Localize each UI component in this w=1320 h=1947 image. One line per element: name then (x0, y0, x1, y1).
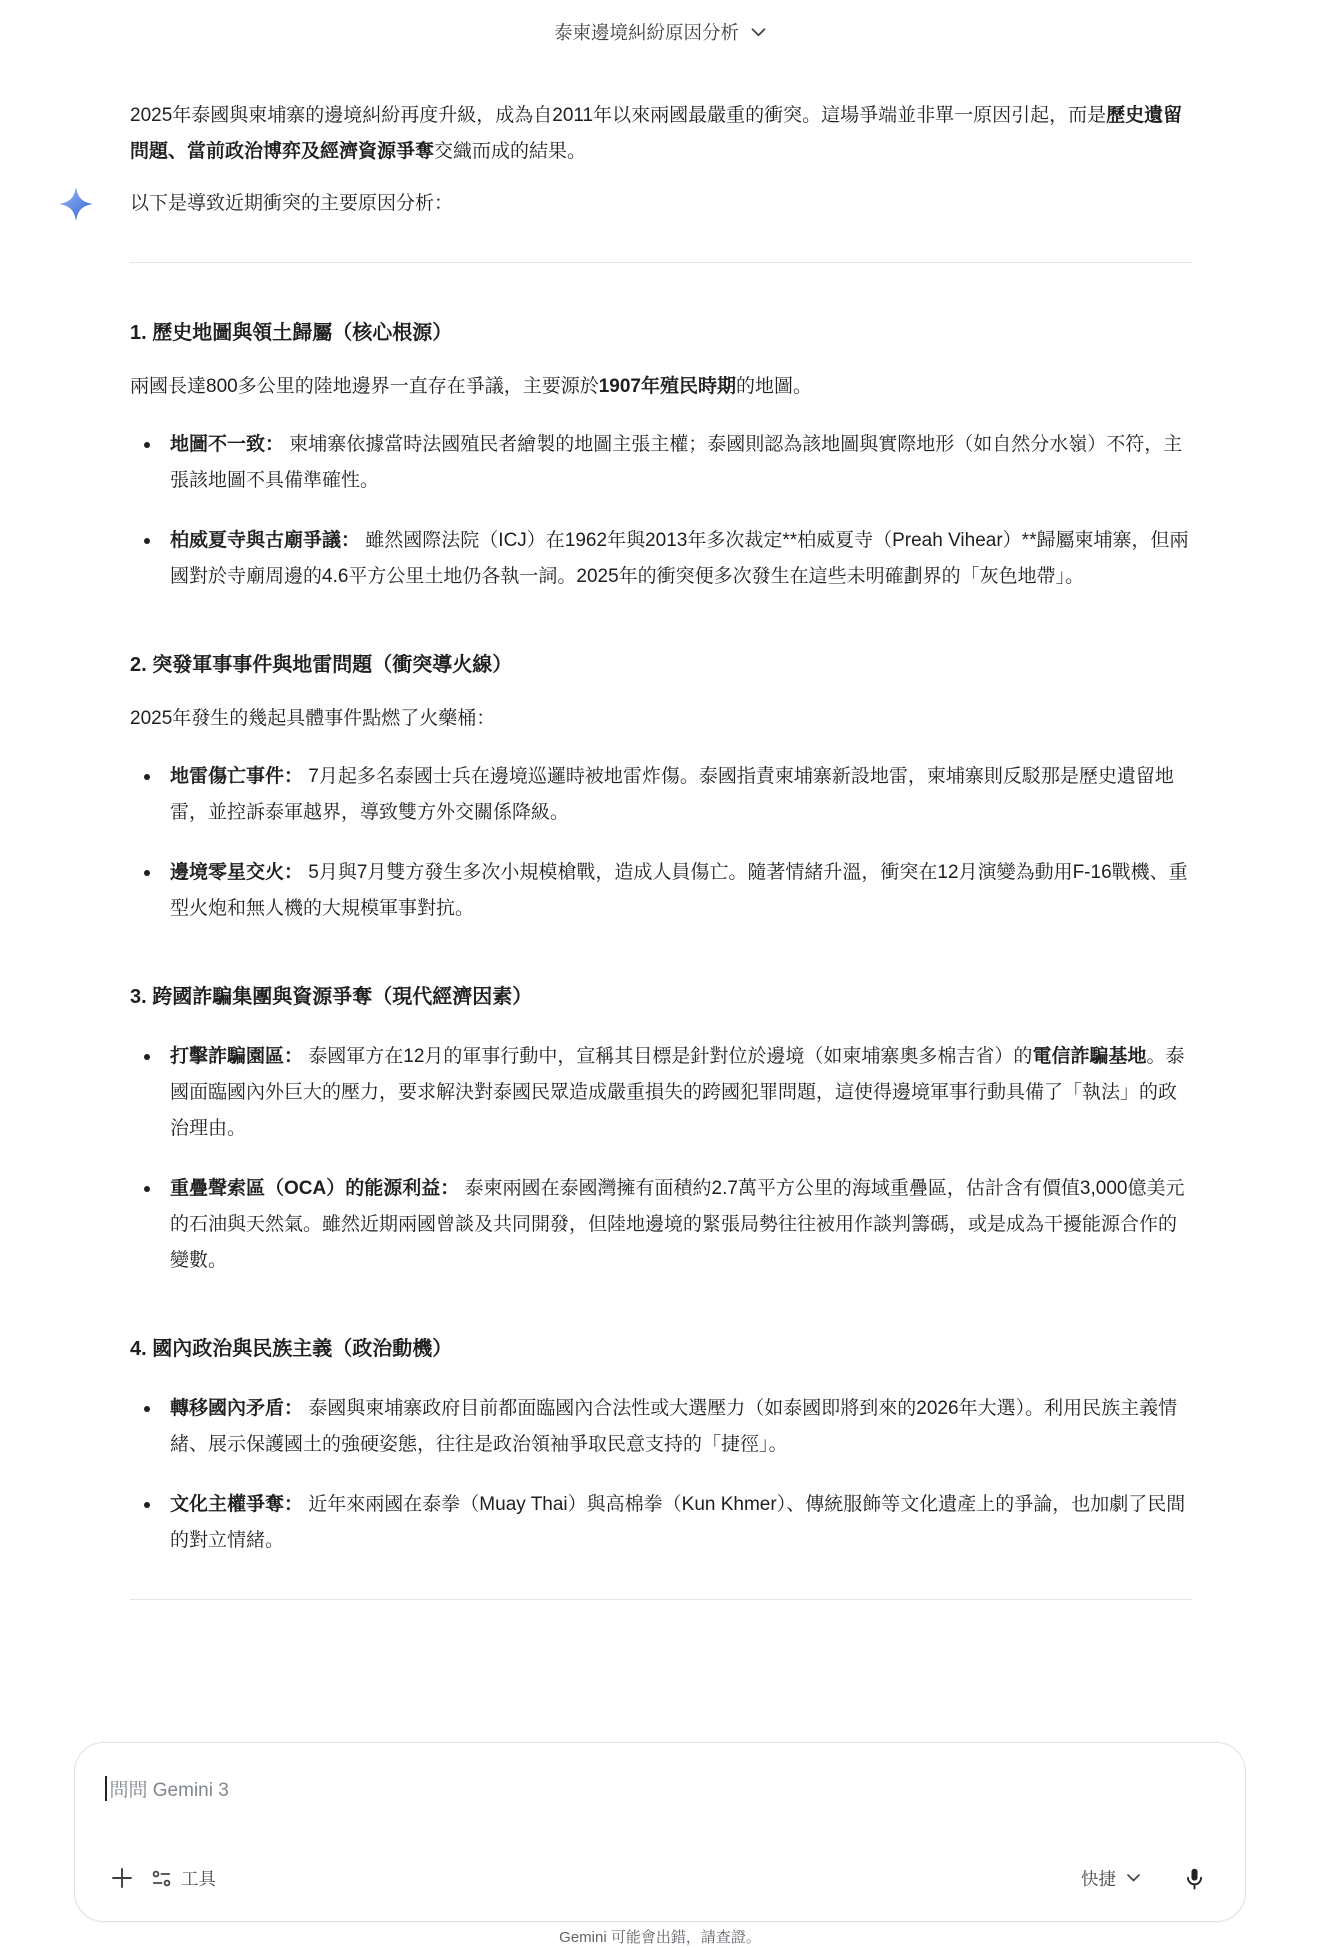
bold-text: 文化主權爭奪： (170, 1494, 303, 1515)
text-run: 7月起多名泰國士兵在邊境巡邏時被地雷炸傷。泰國指責柬埔寨新設地雷，柬埔寨則反駁那… (170, 766, 1174, 823)
mic-button[interactable] (1174, 1858, 1215, 1899)
add-button[interactable] (101, 1857, 143, 1899)
list-item: 文化主權爭奪： 近年來兩國在泰拳（Muay Thai）與高棉拳（Kun Khme… (130, 1487, 1192, 1559)
microphone-icon (1182, 1866, 1207, 1891)
shortcuts-label: 快捷 (1081, 1866, 1116, 1891)
list-item: 地圖不一致： 柬埔寨依據當時法國殖民者繪製的地圖主張主權；泰國則認為該地圖與實際… (130, 427, 1192, 499)
tools-button[interactable]: 工具 (143, 1858, 224, 1899)
chevron-down-icon (1127, 1874, 1140, 1882)
text-run: 泰國與柬埔寨政府目前都面臨國內合法性或大選壓力（如泰國即將到來的2026年大選）… (170, 1398, 1177, 1455)
bold-text: 柏威夏寺與古廟爭議： (170, 530, 360, 551)
section-heading: 1. 歷史地圖與領土歸屬（核心根源） (130, 315, 1192, 351)
text-run: 近年來兩國在泰拳（Muay Thai）與高棉拳（Kun Khmer）、傳統服飾等… (170, 1494, 1185, 1551)
chevron-down-icon (751, 28, 766, 37)
bold-text: 邊境零星交火： (170, 862, 303, 883)
list-item: 邊境零星交火： 5月與7月雙方發生多次小規模槍戰，造成人員傷亡。隨著情緒升溫，衝… (130, 855, 1192, 927)
disclaimer: Gemini 可能會出錯，請查證。 (0, 1926, 1320, 1947)
chat-area: 2025年泰國與柬埔寨的邊境糾紛再度升級，成為自2011年以來兩國最嚴重的衝突。… (0, 98, 1320, 1600)
plus-icon (109, 1865, 135, 1891)
section-divider (130, 262, 1192, 263)
section-heading: 3. 跨國詐騙集團與資源爭奪（現代經濟因素） (130, 979, 1192, 1015)
composer-toolbar: 工具 快捷 (101, 1857, 1215, 1899)
gemini-app: 泰柬邊境糾紛原因分析 2025年泰國與柬埔寨的邊境糾紛再度升級，成為自2011年… (0, 0, 1320, 1600)
shortcuts-dropdown[interactable]: 快捷 (1073, 1858, 1148, 1899)
list-item: 重疊聲索區（OCA）的能源利益： 泰柬兩國在泰國灣擁有面積約2.7萬平方公里的海… (130, 1171, 1192, 1279)
bold-text: 電信詐騙基地 (1032, 1046, 1146, 1067)
bold-text: 打擊詐騙園區： (170, 1046, 303, 1067)
paragraph: 2025年泰國與柬埔寨的邊境糾紛再度升級，成為自2011年以來兩國最嚴重的衝突。… (130, 98, 1192, 170)
text-cursor (105, 1776, 107, 1801)
bullet-list: 地雷傷亡事件： 7月起多名泰國士兵在邊境巡邏時被地雷炸傷。泰國指責柬埔寨新設地雷… (130, 759, 1192, 927)
prompt-placeholder: 問問 Gemini 3 (110, 1775, 229, 1802)
bold-text: 地雷傷亡事件： (170, 766, 303, 787)
response-content: 2025年泰國與柬埔寨的邊境糾紛再度升級，成為自2011年以來兩國最嚴重的衝突。… (130, 98, 1192, 1600)
conversation-title: 泰柬邊境糾紛原因分析 (554, 19, 739, 45)
text-run: 的地圖。 (736, 376, 812, 397)
tools-label: 工具 (181, 1866, 216, 1891)
bold-text: 重疊聲索區（OCA）的能源利益： (170, 1178, 459, 1199)
list-item: 打擊詐騙園區： 泰國軍方在12月的軍事行動中，宣稱其目標是針對位於邊境（如柬埔寨… (130, 1039, 1192, 1147)
text-run: 泰國軍方在12月的軍事行動中，宣稱其目標是針對位於邊境（如柬埔寨奧多棉吉省）的 (303, 1046, 1032, 1067)
bold-text: 轉移國內矛盾： (170, 1398, 303, 1419)
bold-text: 1907年殖民時期 (599, 376, 736, 397)
conversation-header: 泰柬邊境糾紛原因分析 (0, 0, 1320, 64)
text-run: 2025年泰國與柬埔寨的邊境糾紛再度升級，成為自2011年以來兩國最嚴重的衝突。… (130, 105, 1106, 126)
conversation-title-button[interactable]: 泰柬邊境糾紛原因分析 (544, 13, 776, 51)
prompt-input-box[interactable]: 問問 Gemini 3 工具 (74, 1742, 1246, 1922)
section-heading: 2. 突發軍事事件與地雷問題（衝突導火線） (130, 647, 1192, 683)
bullet-list: 地圖不一致： 柬埔寨依據當時法國殖民者繪製的地圖主張主權；泰國則認為該地圖與實際… (130, 427, 1192, 595)
list-item: 轉移國內矛盾： 泰國與柬埔寨政府目前都面臨國內合法性或大選壓力（如泰國即將到來的… (130, 1391, 1192, 1463)
list-item: 柏威夏寺與古廟爭議： 雖然國際法院（ICJ）在1962年與2013年多次裁定**… (130, 523, 1192, 595)
prompt-input[interactable]: 問問 Gemini 3 (105, 1775, 1215, 1802)
bold-text: 地圖不一致： (170, 434, 284, 455)
bullet-list: 打擊詐騙園區： 泰國軍方在12月的軍事行動中，宣稱其目標是針對位於邊境（如柬埔寨… (130, 1039, 1192, 1279)
paragraph: 兩國長達800多公里的陸地邊界一直存在爭議，主要源於1907年殖民時期的地圖。 (130, 369, 1192, 405)
section-divider (130, 1599, 1192, 1600)
text-run: 柬埔寨依據當時法國殖民者繪製的地圖主張主權；泰國則認為該地圖與實際地形（如自然分… (170, 434, 1182, 491)
text-run: 2025年發生的幾起具體事件點燃了火藥桶： (130, 708, 495, 729)
text-run: 以下是導致近期衝突的主要原因分析： (130, 193, 453, 214)
sliders-icon (151, 1868, 172, 1889)
section-heading: 4. 國內政治與民族主義（政治動機） (130, 1331, 1192, 1367)
text-run: 5月與7月雙方發生多次小規模槍戰，造成人員傷亡。隨著情緒升溫，衝突在12月演變為… (170, 862, 1188, 919)
disclaimer-text: Gemini 可能會出錯，請查證。 (559, 1929, 761, 1946)
paragraph: 以下是導致近期衝突的主要原因分析： (130, 186, 1192, 222)
gemini-sparkle-icon (58, 186, 94, 222)
text-run: 兩國長達800多公里的陸地邊界一直存在爭議，主要源於 (130, 376, 599, 397)
bullet-list: 轉移國內矛盾： 泰國與柬埔寨政府目前都面臨國內合法性或大選壓力（如泰國即將到來的… (130, 1391, 1192, 1559)
list-item: 地雷傷亡事件： 7月起多名泰國士兵在邊境巡邏時被地雷炸傷。泰國指責柬埔寨新設地雷… (130, 759, 1192, 831)
text-run: 交織而成的結果。 (434, 141, 586, 162)
paragraph: 2025年發生的幾起具體事件點燃了火藥桶： (130, 701, 1192, 737)
